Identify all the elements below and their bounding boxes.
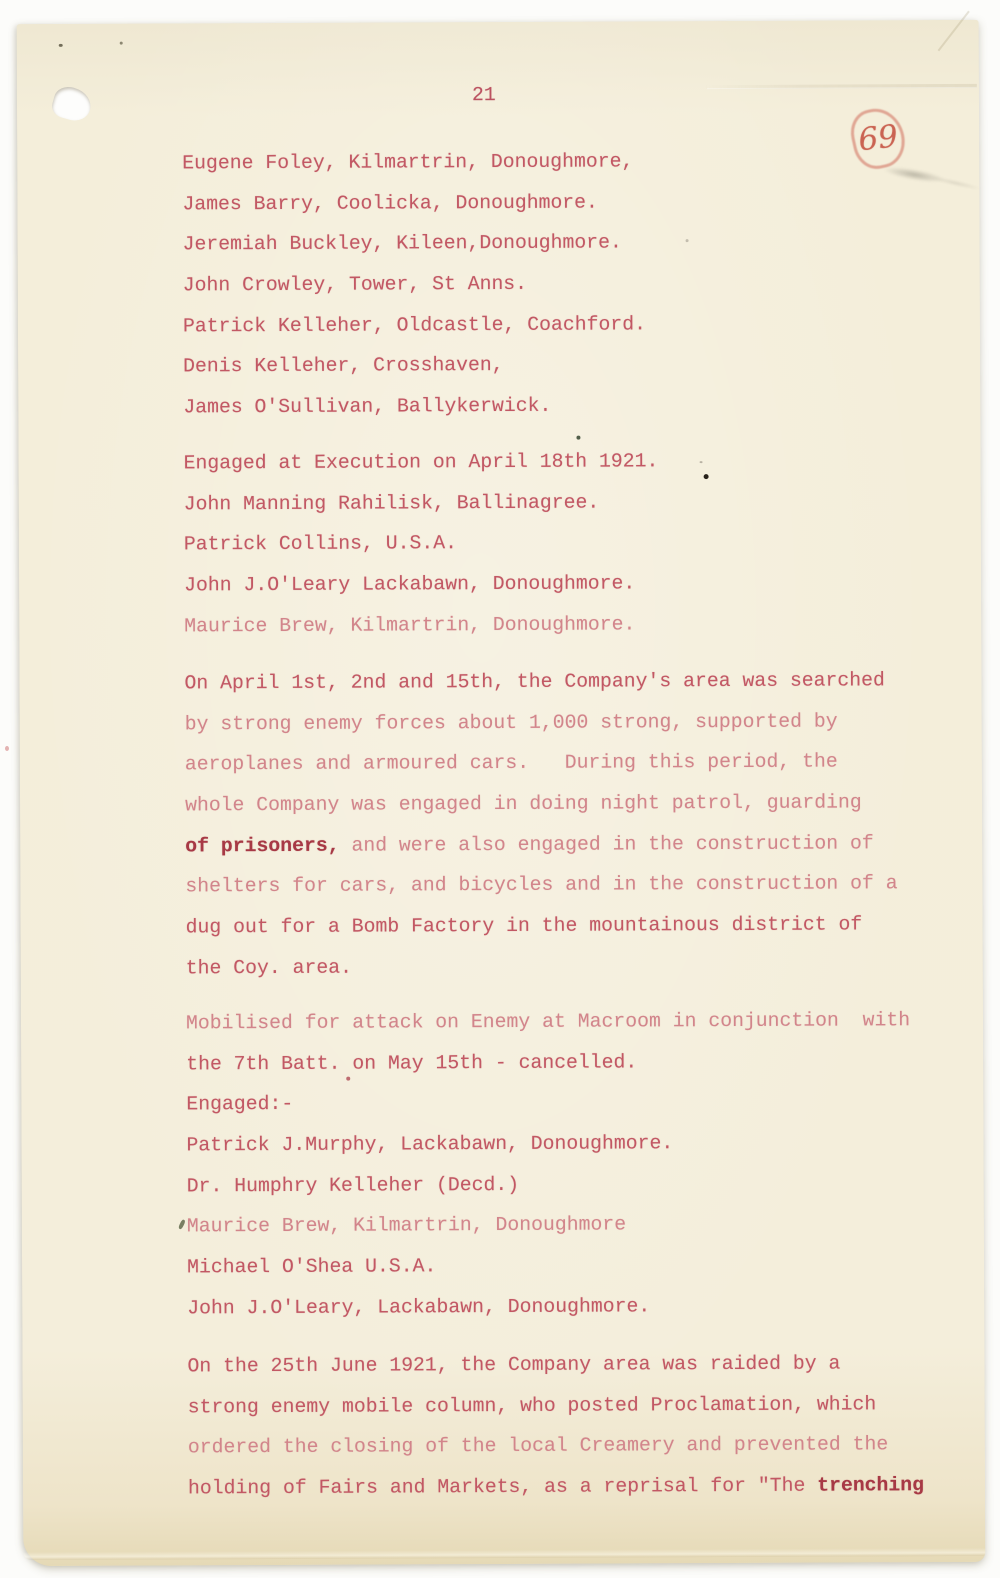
text-line: by strong enemy forces about 1,000 stron…: [185, 701, 897, 745]
text-segment: of prisoners,: [185, 834, 339, 857]
text-line: the Coy. area.: [186, 945, 898, 989]
text-segment: Maurice Brew, Kilmartrin, Donoughmore: [187, 1214, 626, 1238]
text-segment: On the 25th June 1921, the Company area …: [187, 1353, 840, 1378]
text-segment: and were also engaged in the constructio…: [340, 832, 874, 856]
ink-speck: [178, 1219, 186, 1230]
edge-mark: [5, 746, 9, 751]
ink-speck: [576, 436, 580, 440]
text-line: John Crowley, Tower, St Anns.: [183, 263, 646, 306]
text-line: Dr. Humphry Kelleher (Decd.): [187, 1163, 911, 1207]
text-segment: James O'Sullivan, Ballykerwick.: [183, 395, 551, 419]
text-segment: Denis Kelleher, Crosshaven,: [183, 354, 504, 377]
text-segment: On April 1st, 2nd and 15th, the Company'…: [184, 669, 884, 694]
text-segment: Dr. Humphry Kelleher (Decd.): [187, 1174, 519, 1197]
ink-speck: [120, 42, 123, 45]
document-text: Eugene Foley, Kilmartrin, Donoughmore,Ja…: [17, 20, 979, 24]
text-line: On the 25th June 1921, the Company area …: [187, 1343, 923, 1387]
scanned-document-page: { "document": { "page_number": "21", "st…: [0, 0, 1000, 1578]
text-line: strong enemy mobile column, who posted P…: [188, 1384, 924, 1428]
text-segment: Engaged at Execution on April 18th 1921.: [184, 450, 659, 474]
text-line: John J.O'Leary Lackabawn, Donoughmore.: [184, 563, 659, 606]
section-paragraph-june-raid: On the 25th June 1921, the Company area …: [187, 1343, 924, 1509]
text-line: John Manning Rahilisk, Ballinagree.: [184, 482, 659, 525]
text-line: James Barry, Coolicka, Donoughmore.: [182, 182, 645, 225]
punch-hole: [49, 83, 94, 124]
ink-speck: [59, 44, 63, 47]
text-line: of prisoners, and were also engaged in t…: [185, 823, 897, 867]
text-line: shelters for cars, and bicycles and in t…: [185, 864, 897, 908]
text-line: Michael O'Shea U.S.A.: [187, 1244, 911, 1288]
text-line: Patrick J.Murphy, Lackabawn, Donoughmore…: [186, 1122, 910, 1166]
text-line: Mobilised for attack on Enemy at Macroom…: [186, 1000, 910, 1044]
text-line: aeroplanes and armoured cars. During thi…: [185, 742, 897, 786]
text-line: Patrick Kelleher, Oldcastle, Coachford.: [183, 304, 646, 347]
text-line: Engaged:-: [186, 1082, 910, 1126]
text-segment: Mobilised for attack on Enemy at Macroom…: [186, 1009, 910, 1034]
ink-speck: [700, 461, 703, 463]
page-number: 21: [472, 84, 496, 106]
text-segment: the Coy. area.: [186, 956, 352, 979]
text-segment: aeroplanes and armoured cars. During thi…: [185, 751, 838, 776]
text-line: On April 1st, 2nd and 15th, the Company'…: [184, 660, 896, 704]
text-line: the 7th Batt. on May 15th - cancelled.: [186, 1041, 910, 1085]
section-paragraph-april-searches: On April 1st, 2nd and 15th, the Company'…: [184, 660, 898, 989]
text-line: Denis Kelleher, Crosshaven,: [183, 345, 646, 388]
text-line: whole Company was engaged in doing night…: [185, 782, 897, 826]
text-line: Maurice Brew, Kilmartrin, Donoughmore: [187, 1204, 911, 1248]
paper-sheet: 21 69 Eugene Foley, Kilmartrin, Donoughm…: [17, 20, 986, 1566]
text-segment: Jeremiah Buckley, Kileen,Donoughmore.: [183, 232, 622, 256]
text-segment: Patrick Collins, U.S.A.: [184, 533, 457, 556]
text-segment: Patrick J.Murphy, Lackabawn, Donoughmore…: [186, 1132, 673, 1156]
text-line: James O'Sullivan, Ballykerwick.: [183, 385, 646, 428]
text-segment: Michael O'Shea U.S.A.: [187, 1255, 436, 1278]
text-segment: Engaged:-: [186, 1093, 293, 1115]
text-segment: James Barry, Coolicka, Donoughmore.: [182, 191, 598, 215]
text-segment: strong enemy mobile column, who posted P…: [188, 1393, 877, 1418]
corner-fold: [938, 11, 970, 52]
ink-speck: [704, 474, 709, 479]
section-execution-list: Engaged at Execution on April 18th 1921.…: [183, 441, 659, 647]
ink-speck: [686, 239, 689, 242]
text-line: Eugene Foley, Kilmartrin, Donoughmore,: [182, 141, 645, 184]
text-segment: shelters for cars, and bicycles and in t…: [185, 873, 897, 898]
text-segment: holding of Fairs and Markets, as a repri…: [188, 1475, 817, 1500]
text-line: Engaged at Execution on April 18th 1921.: [183, 441, 658, 484]
text-segment: John J.O'Leary Lackabawn, Donoughmore.: [184, 572, 635, 596]
text-line: Jeremiah Buckley, Kileen,Donoughmore.: [183, 223, 646, 266]
text-segment: John Manning Rahilisk, Ballinagree.: [184, 491, 600, 515]
text-segment: John J.O'Leary, Lackabawn, Donoughmore.: [187, 1295, 650, 1319]
text-segment: Patrick Kelleher, Oldcastle, Coachford.: [183, 313, 646, 337]
text-line: Maurice Brew, Kilmartrin, Donoughmore.: [184, 604, 659, 647]
pencil-smudge: [877, 162, 952, 187]
text-line: Patrick Collins, U.S.A.: [184, 523, 659, 566]
section-mobilised-macroom-list: Mobilised for attack on Enemy at Macroom…: [186, 1000, 912, 1329]
text-segment: the 7th Batt. on May 15th - cancelled.: [186, 1051, 637, 1075]
text-line: ordered the closing of the local Creamer…: [188, 1425, 924, 1469]
text-line: holding of Fairs and Markets, as a repri…: [188, 1465, 924, 1509]
text-segment: ordered the closing of the local Creamer…: [188, 1434, 888, 1459]
text-line: dug out for a Bomb Factory in the mounta…: [185, 904, 897, 948]
paper-crease: [707, 84, 977, 89]
text-segment: Maurice Brew, Kilmartrin, Donoughmore.: [184, 613, 635, 637]
text-line: John J.O'Leary, Lackabawn, Donoughmore.: [187, 1285, 911, 1329]
text-segment: whole Company was engaged in doing night…: [185, 791, 862, 816]
text-segment: dug out for a Bomb Factory in the mounta…: [186, 914, 863, 939]
section-names-list-top: Eugene Foley, Kilmartrin, Donoughmore,Ja…: [182, 141, 646, 428]
text-segment: John Crowley, Tower, St Anns.: [183, 273, 527, 297]
text-segment: trenching: [817, 1474, 924, 1496]
text-segment: by strong enemy forces about 1,000 stron…: [185, 710, 838, 735]
text-segment: Eugene Foley, Kilmartrin, Donoughmore,: [182, 150, 633, 174]
